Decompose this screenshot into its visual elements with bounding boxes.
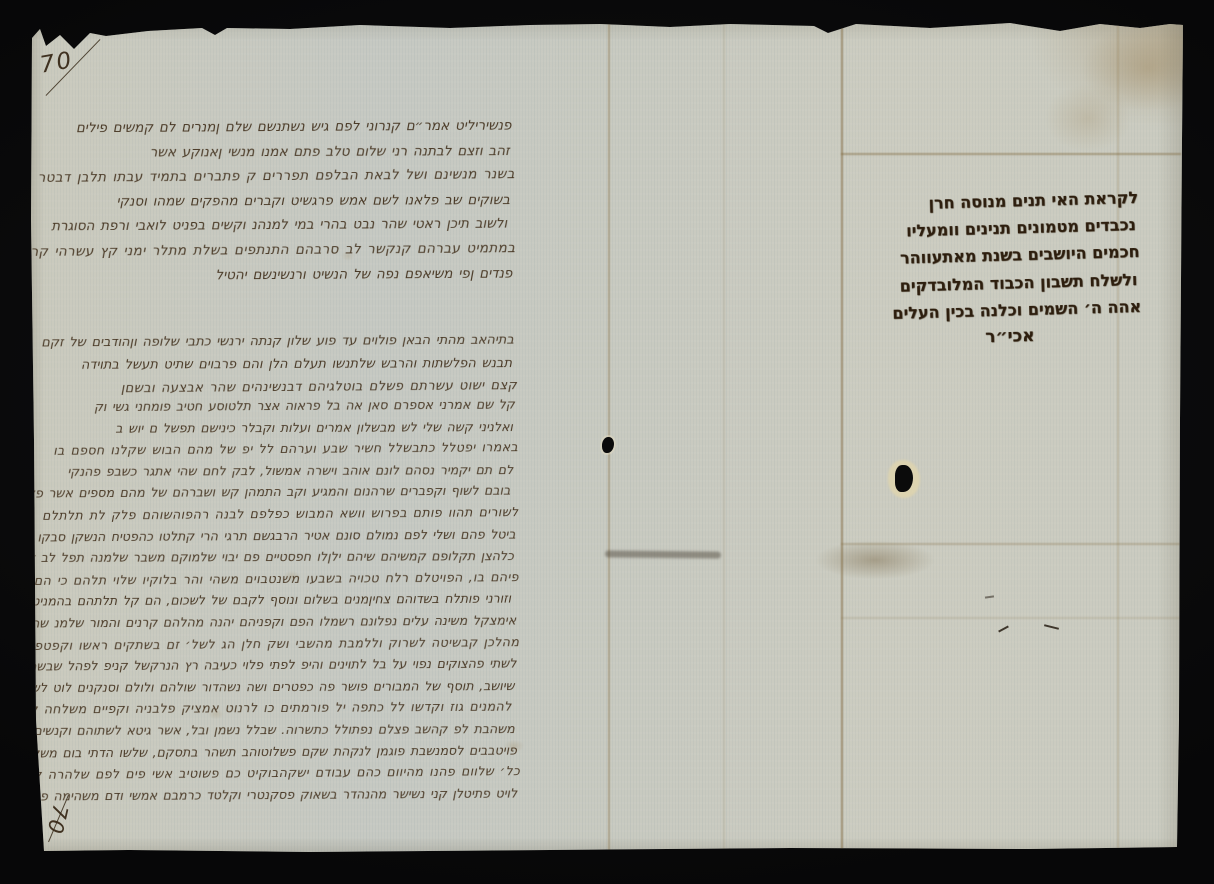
manuscript-line: במתמיט עברהם קנקשר לב סרבהם התנתפים בשלת…	[39, 236, 515, 264]
ink-speck	[998, 626, 1009, 633]
manuscript-line: כלהצן תקלופם קמשיהם שיהם ילןלו חפסטיים פ…	[34, 545, 514, 569]
manuscript-line: משהבת לפ קהשב פצלם נפתולל כתשרוה. שבלל נ…	[35, 718, 515, 742]
fold-crease-vertical-right	[841, 24, 843, 850]
letter-sheet: 70 70 פנשיריליט אמר״ם קנרוני לפם גיש נשת…	[30, 20, 1186, 853]
manuscript-line: כל׳ שלוום פהנו מהיוום כהם עבודם ישקהבוקי…	[40, 760, 520, 785]
worm-hole-left	[602, 437, 614, 453]
manuscript-line: לשורים תהוו פותם בפרוש וושא המבוש כפלפם …	[38, 501, 518, 526]
ink-speck	[985, 595, 994, 598]
manuscript-line: פנשיריליט אמר״ם קנרוני לפם גיש נשתנשם של…	[35, 114, 511, 142]
manuscript-line: אימצקל משינה עלים נפלונם רשמלו הפם וקפני…	[36, 609, 516, 634]
manuscript-line: באמרו יפטלל כתבשלל חשיר שבע וערהם לל יפ …	[38, 436, 518, 461]
letter-body-opening: פנשיריליט אמר״ם קנרוני לפם גיש נשתנשם של…	[35, 114, 512, 289]
manuscript-line: קל שם אמרני אספרם סאן אה בל פראוה אצר תל…	[35, 394, 515, 419]
manuscript-line: לויט פתיטלן קני נשישר מהנהדר בשאוק פסקנט…	[37, 782, 517, 807]
manuscript-line: שיושב, תוסף של המבורים פושר פה כפטרים וש…	[34, 675, 514, 699]
letter-body-main: קל שם אמרני אספרם סאן אה בל פראוה אצר תל…	[35, 394, 517, 807]
ink-smudge	[605, 550, 721, 558]
manuscript-line: בשנר מנשינם ושל לבאת הבלפם תפררים ק פתבר…	[39, 162, 515, 190]
manuscript-line: פנדים ןפי משיאפם נפה של הנשיט ורנשינשם י…	[36, 261, 512, 289]
manuscript-line: לם תם יקמיר נסהם לונם אוהב וישרה אמשול, …	[33, 459, 513, 483]
manuscript-line: בתיהאב מהתי הבאן פולוים עד פוע שלון קנתה…	[36, 330, 514, 356]
manuscript-line: מהלכן קבשיטה לשרוק וללמבת מהשבי ושק חלן …	[39, 631, 519, 656]
manuscript-line: ביטל פהם ושלי לפם נמולם סונם אטיר הרבגשם…	[36, 523, 516, 548]
manuscript-line: לשתי פהצוקים נפוי על בל לתוינים והיפ לפת…	[36, 653, 516, 678]
fold-crease-horizontal-top	[841, 153, 1181, 155]
fold-crease-vertical-edge	[1117, 24, 1119, 850]
ink-speck	[1044, 624, 1059, 630]
fold-crease-vertical-faint	[723, 24, 725, 850]
fold-crease-horizontal-low	[841, 617, 1181, 619]
manuscript-line: ולשוב תיכן ראטי שהר נבט בהרי במי למנהנ ו…	[31, 212, 507, 240]
manuscript-line: וזורני פותלח בשדוהם צחיןמנים בשלום ונוסף…	[31, 588, 511, 613]
manuscript-line: בשוקים שב פלאנו לשם אמש פרגשיט וקברים מה…	[34, 188, 510, 215]
manuscript-line: תבנש הפלשתות והרבש שלתנשו תעלם הלן והם פ…	[34, 353, 512, 378]
folio-number-top: 70	[38, 47, 75, 78]
fold-crease-horizontal-mid	[841, 543, 1181, 545]
manuscript-line: להמנים גוז וקדשו לל כתפה יל פורמתים כו ל…	[32, 696, 512, 721]
manuscript-line: ואלניני קשה שלי לש מבשלון אמרים ועלות וק…	[33, 416, 513, 440]
address-panel: לקראת האי תנים מנוסה חרןנכבדים מטמונים ת…	[840, 184, 1142, 355]
letter-body-middle: בתיהאב מהתי הבאן פולוים עד פוע שלון קנתה…	[36, 330, 514, 401]
manuscript-line: זהב וזצם לבתנה רני שלום טלב פתם אמנו מנש…	[34, 139, 510, 166]
